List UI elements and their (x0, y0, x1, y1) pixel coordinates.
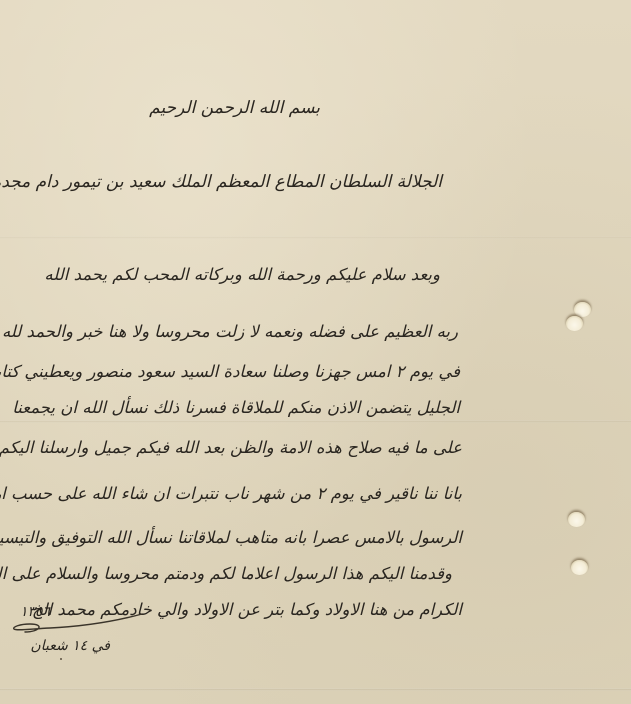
punch-hole-icon (566, 316, 583, 331)
addressee-line: الجلالة السلطان المطاع المعظم الملك سعيد… (10, 172, 442, 192)
body-line: الجليل يتضمن الاذن منكم للملاقاة فسرنا ذ… (40, 398, 460, 417)
body-line: ربه العظيم على فضله ونعمه لا زلت محروسا … (30, 322, 458, 341)
basmala-heading: بسم الله الرحمن الرحيم (180, 98, 320, 118)
body-line: وقدمنا اليكم هذا الرسول اعلاما لكم ودمتم… (28, 564, 452, 583)
punch-hole-icon (574, 302, 591, 317)
body-line: في يوم ٢ امس جهزنا وصلنا سعادة السيد سعو… (25, 362, 460, 381)
punch-hole-icon (571, 560, 588, 575)
paper-fold-crease (0, 236, 631, 239)
body-line: على ما فيه صلاح هذه الامة والظن بعد الله… (30, 438, 462, 457)
paper-fold-crease (0, 688, 631, 691)
body-line: بانا ننا ناقير في يوم ٢ من شهر ناب نتبرا… (20, 484, 462, 503)
punch-hole-icon (568, 512, 585, 527)
ink-dot (60, 658, 62, 660)
body-line: وبعد سلام عليكم ورحمة الله وبركاته المحب… (22, 265, 440, 284)
paper-fold-crease (0, 420, 631, 423)
body-line: الرسول بالامس عصرا بانه متاهب لملاقاتنا … (18, 528, 462, 547)
date-line: في ١٤ شعبان (20, 638, 110, 654)
body-line: الكرام من هنا الاولاد وكما بتر عن الاولا… (120, 600, 462, 619)
letter-paper: بسم الله الرحمن الرحيم الجلالة السلطان ا… (0, 0, 631, 704)
hijri-year: ١٣٥٦ (20, 604, 50, 620)
